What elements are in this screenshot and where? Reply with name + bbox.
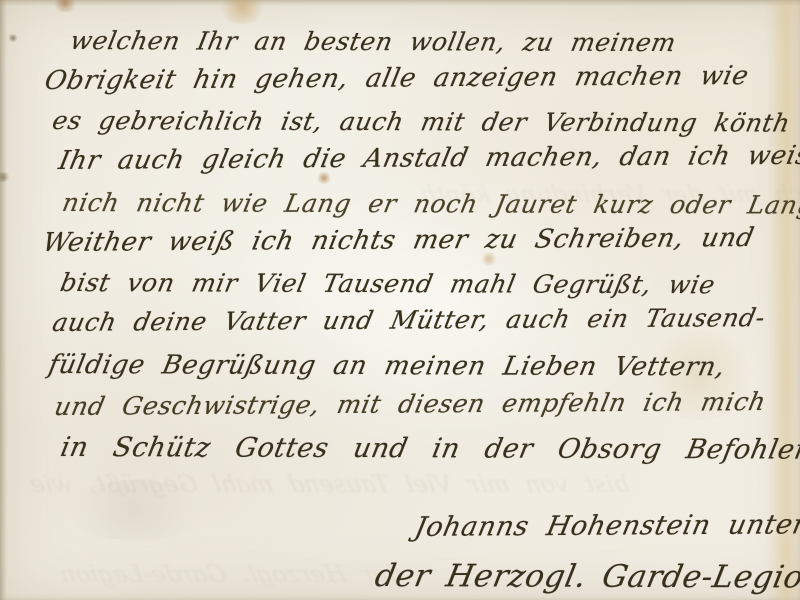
letter-line-6: Weither weiß ich nichts mer zu Schreiben… — [40, 223, 757, 258]
handwritten-letter-page: bist von mir Viel Tausend mahl Gegrüßt, … — [0, 0, 800, 600]
paper-edge-top — [0, 0, 800, 6]
letter-line-9: füldige Begrüßung an meinen Lieben Vette… — [46, 350, 728, 382]
letter-line-11: in Schütz Gottes und in der Obsorg Befoh… — [58, 432, 800, 466]
letter-line-10: und Geschwistrige, mit diesen empfehln i… — [52, 387, 769, 421]
letter-line-8: auch deine Vatter und Mütter, auch ein T… — [50, 303, 768, 337]
bleedthrough-text: der Herzogl. Garde-Legion — [57, 560, 405, 588]
signature-regiment: der Herzogl. Garde-Legion — [372, 558, 800, 596]
letter-line-1: welchen Ihr an besten wollen, zu meinem — [68, 26, 679, 57]
letter-line-7: bist von mir Viel Tausend mahl Gegrüßt, … — [58, 268, 718, 299]
letter-line-2: Obrigkeit hin gehen, alle anzeigen mache… — [42, 61, 752, 96]
letter-line-5: nich nicht wie Lang er noch Jauret kurz … — [60, 188, 800, 220]
letter-line-3: es gebreichlich ist, auch mit der Verbin… — [50, 106, 793, 138]
paper-edge-left — [0, 0, 7, 600]
ink-spot — [8, 34, 18, 42]
bleedthrough-text: bist von mir Viel Tausend mahl Gegrüßt, … — [27, 470, 632, 498]
signature-name: Johanns Hohenstein unter — [412, 509, 800, 543]
letter-line-4: Ihr auch gleich die Anstald machen, dan … — [56, 141, 800, 176]
